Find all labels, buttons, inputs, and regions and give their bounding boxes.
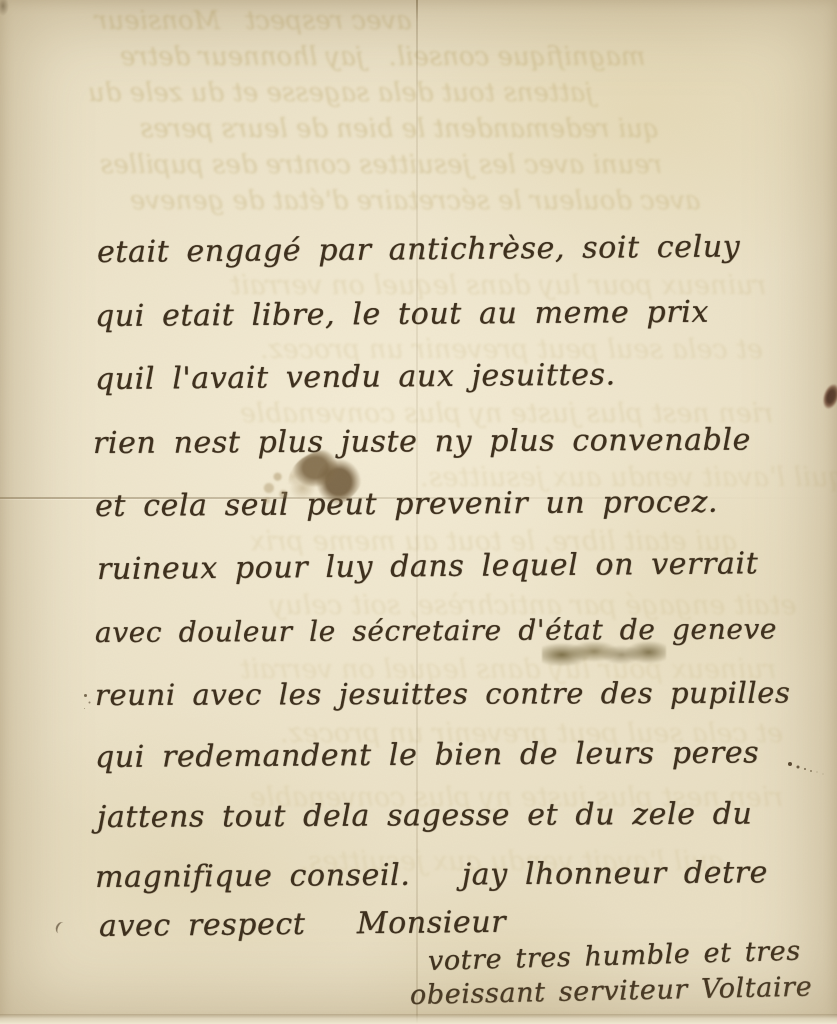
letter-line-8: reuni avec les jesuittes contre des pupi…	[95, 676, 791, 712]
letter-line-1: etait engagé par antichrèse, soit celuy	[97, 229, 741, 270]
letter-line-9: qui redemandent le bien de leurs peres	[95, 735, 759, 775]
letter-line-11: magnifique conseil. jay lhonneur detre	[95, 855, 768, 895]
letter-line-7: avec douleur le sécretaire d'état de gen…	[95, 612, 777, 649]
signature-line: obeissant serviteur Voltaire	[410, 972, 813, 1011]
closing-line: votre tres humble et tres	[428, 936, 802, 977]
letter-line-6: ruineux pour luy dans lequel on verrait	[97, 546, 759, 587]
letter-line-2: qui etait libre, le tout au meme prix	[95, 295, 709, 334]
letter-line-5: et cela seul peut prevenir un procez.	[95, 485, 718, 524]
letter-line-3: quil l'avait vendu aux jesuittes.	[95, 357, 616, 397]
letter-line-10: jattens tout dela sagesse et du zele du	[97, 797, 753, 835]
letter-line-4: rien nest plus juste ny plus convenable	[93, 423, 751, 461]
letter-line-12: avec respect Monsieur	[99, 905, 507, 944]
manuscript-letter-page: avec respect Monsieurmagnifique conseil.…	[0, 0, 837, 1024]
handwriting-layer: etait engagé par antichrèse, soit celuyq…	[0, 0, 837, 1024]
page-bottom-edge	[0, 1014, 837, 1024]
